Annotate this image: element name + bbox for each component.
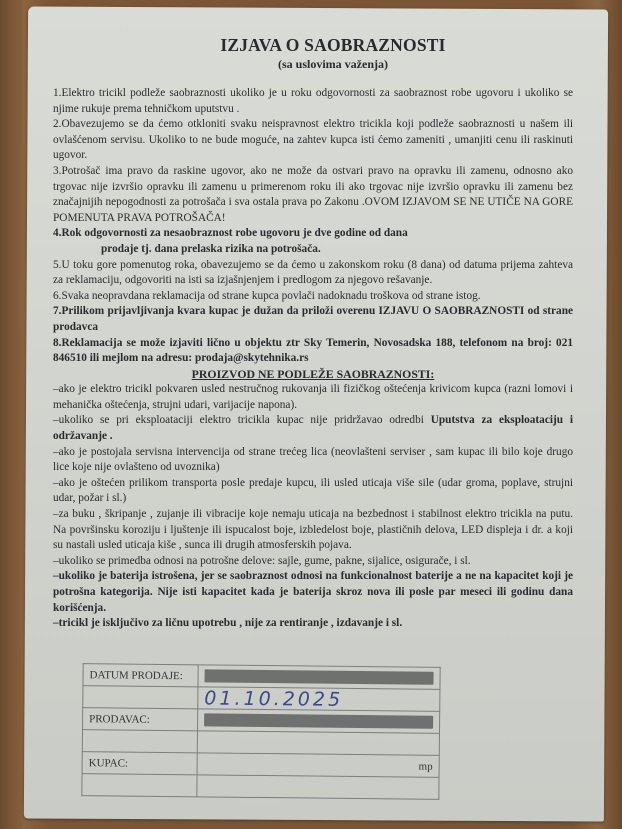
sale-date-redacted	[198, 665, 440, 690]
clause-4: 4.Rok odgovornosti za nesaobraznost robe…	[53, 226, 573, 242]
exclusion-item: –ukoliko se pri eksploataciji elektro tr…	[53, 413, 573, 444]
seller-label: PRODAVAC:	[83, 708, 198, 731]
exclusion-item: –ukoliko se primedba odnosi na potrošne …	[53, 554, 573, 570]
clause-6: 6.Svaka neopravdana reklamacija od stran…	[53, 289, 573, 305]
buyer-signature-field	[197, 775, 439, 800]
exclusion-item: –ako je oštećen prilikom transporta posl…	[53, 476, 573, 507]
exclusion-item: –ako je elektro tricikl pokvaren usled n…	[53, 382, 573, 413]
signature-form: DATUM PRODAJE: 01.10.2025 PRODAVAC: KUPA…	[81, 663, 440, 800]
exclusion-item: –ako je postojala servisna intervencija …	[53, 445, 573, 476]
empty-cell	[197, 731, 439, 756]
exclusion-item: –za buku , škripanje , zujanje ili vibra…	[53, 507, 573, 554]
redaction-bar	[204, 713, 433, 728]
empty-cell	[82, 774, 197, 797]
document-body: IZJAVA O SAOBRAZNOSTI (sa uslovima važen…	[53, 34, 573, 632]
exclusions-heading: PROIZVOD NE PODLEŽE SAOBRAZNOSTI:	[53, 367, 573, 383]
clause-8: 8.Reklamacija se može izjaviti lično u o…	[53, 336, 573, 367]
clause-1: 1.Elektro tricikl podleže saobraznosti u…	[53, 86, 573, 117]
exclusion-text: –ukoliko se pri eksploataciji elektro tr…	[53, 414, 431, 426]
clause-2: 2.Obavezujemo se da ćemo otkloniti svaku…	[53, 117, 573, 164]
buyer-label: KUPAC:	[82, 752, 197, 775]
clause-3: 3.Potrošač ima pravo da raskine ugovor, …	[53, 164, 573, 226]
clause-5: 5.U toku gore pomenutog roka, obavezujem…	[53, 258, 573, 289]
sale-date-handwritten: 01.10.2025	[198, 687, 440, 712]
sale-date-label: DATUM PRODAJE:	[83, 664, 198, 687]
exclusion-item: –tricikl je isključivo za ličnu upotrebu…	[53, 616, 573, 632]
empty-cell	[82, 730, 197, 753]
seller-redacted	[198, 709, 440, 734]
empty-cell	[83, 686, 198, 709]
exclusion-item: –ukoliko je baterija istrošena, jer se s…	[53, 569, 573, 616]
document-title: IZJAVA O SAOBRAZNOSTI	[93, 34, 573, 56]
clause-7: 7.Prilikom prijavljivanja kvara kupac je…	[53, 304, 573, 335]
stamp-mark: mp	[197, 753, 439, 778]
redaction-bar	[205, 669, 434, 684]
document-subtitle: (sa uslovima važenja)	[93, 56, 573, 72]
clause-4-continued: prodaje tj. dana prelaska rizika na potr…	[53, 242, 573, 258]
